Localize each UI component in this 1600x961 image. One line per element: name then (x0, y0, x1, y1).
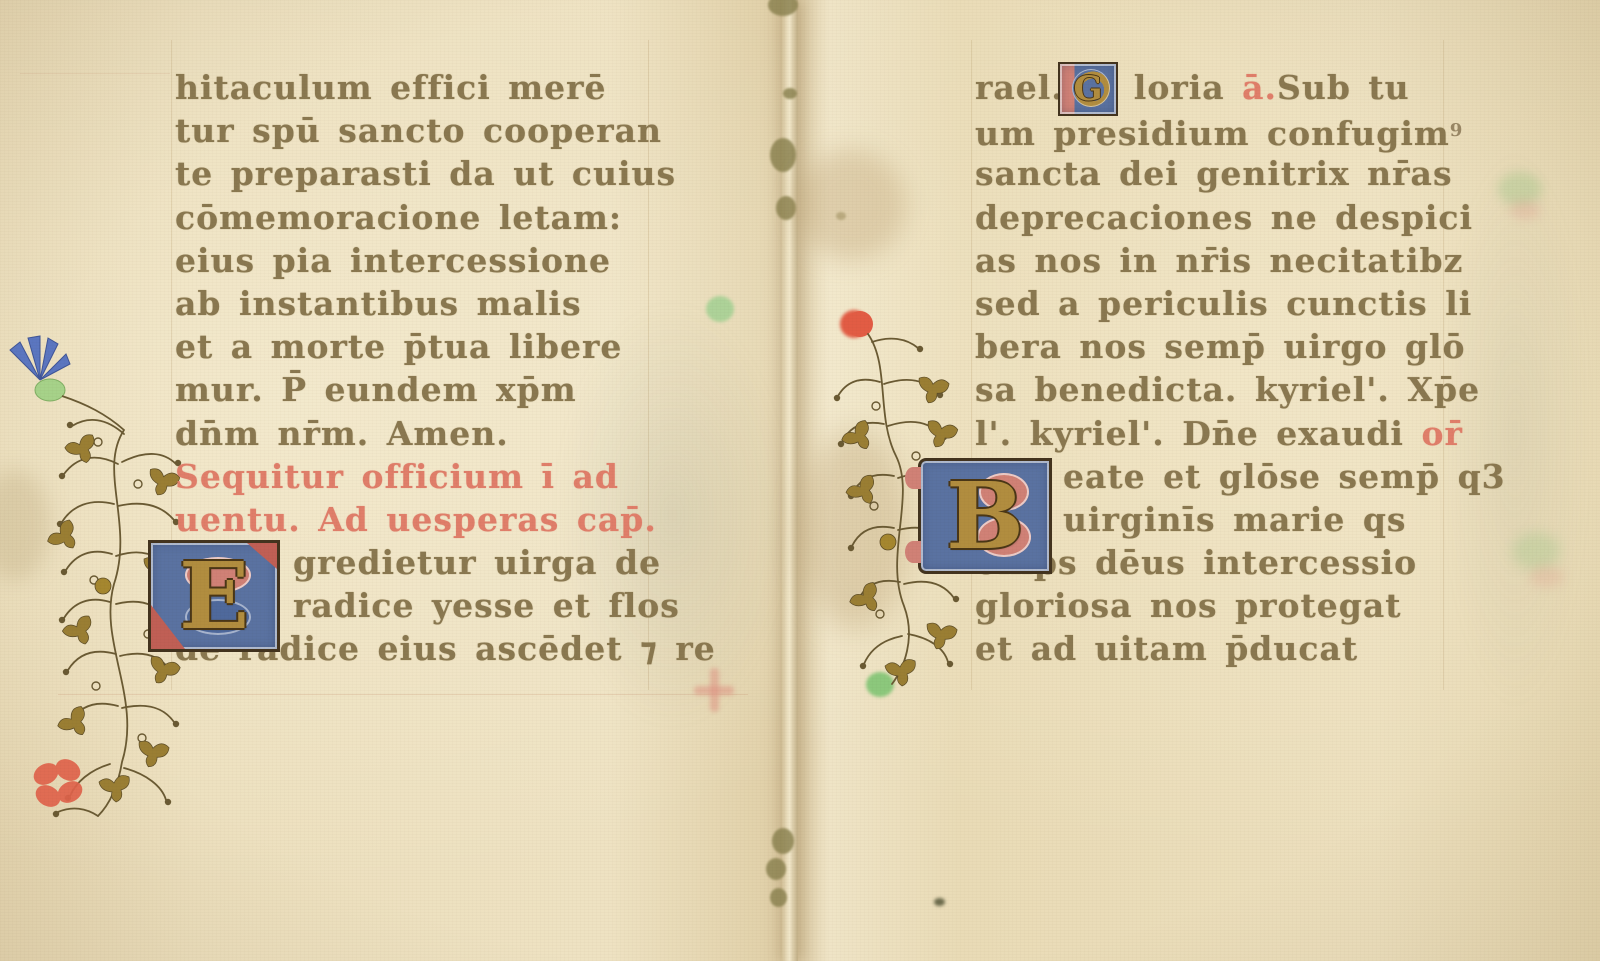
text-line: sa benedicta. kyriel'. Xp̄e (975, 368, 1445, 411)
body-text: loria (1134, 68, 1242, 107)
text-line: dn̄m nr̄m. Amen. (175, 412, 657, 455)
text-line: te preparasti da ut cuius (175, 152, 657, 195)
body-text: l'. kyriel'. Dn̄e exaudi (975, 414, 1421, 453)
fold-stain (766, 858, 786, 880)
initial-letter: B (921, 461, 1049, 571)
body-text: sa benedicta. kyriel'. Xp̄e (975, 370, 1480, 409)
text-line: as nos in nr̄is necitatibz (975, 239, 1445, 282)
body-text: cōmemoracione letam: (175, 198, 622, 237)
rubric-text: Sequitur officium ī ad (175, 457, 619, 496)
text-line: et ad uitam p̄ducat (975, 627, 1445, 670)
body-text: mur. P̄ eundem xp̄m (175, 370, 577, 409)
text-line: deprecaciones ne despici (975, 196, 1445, 239)
illuminated-initial-g: G (1058, 62, 1118, 116)
text-line: bera nos semp̄ uirgo glō (975, 325, 1445, 368)
body-text: um presidium confugim (975, 114, 1450, 153)
text-line: sancta dei genitrix nr̄as (975, 152, 1445, 195)
body-text: gredietur uirga de (293, 543, 661, 582)
gold-bud (95, 578, 111, 594)
ruling-line (20, 73, 170, 74)
right-text-block: rael.loria ā.Sub tuum presidium confugim… (975, 66, 1445, 671)
speck (934, 898, 945, 906)
text-line: Sequitur officium ī ad (175, 455, 657, 498)
body-text: deprecaciones ne despici (975, 198, 1473, 237)
text-line: cōmemoracione letam: (175, 196, 657, 239)
gold-bud (880, 534, 896, 550)
text-line: eius pia intercessione (175, 239, 657, 282)
text-line: ab instantibus malis (175, 282, 657, 325)
panel-notch (905, 541, 921, 563)
fold-stain (770, 888, 787, 907)
initial-letter: G (1060, 64, 1116, 114)
green-ghost (1512, 532, 1560, 570)
green-dot (706, 296, 734, 322)
body-text: sed a periculis cunctis li (975, 284, 1472, 323)
pink-cross-mark (694, 668, 734, 712)
rubric-text: ā. (1242, 68, 1277, 107)
gutter-stain (796, 150, 906, 260)
text-line: uentu. Ad uesperas cap̄. (175, 498, 657, 541)
body-text: eate et glōse semp̄ q3 (1063, 457, 1506, 496)
body-text: rael. (975, 68, 1064, 107)
text-line: mur. P̄ eundem xp̄m (175, 368, 657, 411)
body-text: et ad uitam p̄ducat (975, 629, 1358, 668)
fold-stain (836, 212, 846, 220)
fold-stain (772, 828, 794, 854)
pink-ghost (1530, 566, 1564, 588)
text-line: um presidium confugim9 (975, 109, 1445, 152)
pink-ghost (1510, 200, 1540, 220)
body-text: as nos in nr̄is necitatibz (975, 241, 1463, 280)
body-text: te preparasti da ut cuius (175, 154, 676, 193)
body-text: uirginīs marie qs (1063, 500, 1406, 539)
body-text: eius pia intercessione (175, 241, 611, 280)
body-text: ab instantibus malis (175, 284, 582, 323)
cornflower-ornament (10, 336, 124, 430)
illuminated-initial-b: B (918, 458, 1052, 574)
body-text: et a morte p̄tua libere (175, 327, 622, 366)
manuscript-photo: hitaculum effici merētur spū sancto coop… (0, 0, 1600, 961)
text-line: tur spū sancto cooperan (175, 109, 657, 152)
body-text: tur spū sancto cooperan (175, 111, 662, 150)
body-text: sancta dei genitrix nr̄as (975, 154, 1453, 193)
text-line: rael.loria ā.Sub tu (975, 66, 1445, 109)
body-text: Sub tu (1277, 68, 1410, 107)
initial-letter: E (151, 543, 277, 649)
panel-notch (905, 467, 921, 489)
body-text: radice yesse et flos (293, 586, 680, 625)
body-text: gloriosa nos protegat (975, 586, 1401, 625)
text-line: sed a periculis cunctis li (975, 282, 1445, 325)
red-flower-ornament (847, 311, 873, 337)
illuminated-initial-e: E (148, 540, 280, 652)
fold-stain (770, 138, 796, 172)
text-line: hitaculum effici merē (175, 66, 657, 109)
body-text: bera nos semp̄ uirgo glō (975, 327, 1466, 366)
text-line: l'. kyriel'. Dn̄e exaudi or̄ (975, 412, 1445, 455)
body-text: hitaculum effici merē (175, 68, 607, 107)
red-flower-ornament (30, 755, 87, 811)
fold-stain (783, 88, 797, 99)
rubric-text: uentu. Ad uesperas cap̄. (175, 500, 657, 539)
body-text: 9 (1450, 120, 1464, 141)
text-line: gloriosa nos protegat (975, 584, 1445, 627)
rubric-text: or̄ (1421, 414, 1462, 453)
fold-stain (776, 196, 796, 220)
text-line: et a morte p̄tua libere (175, 325, 657, 368)
body-text: dn̄m nr̄m. Amen. (175, 414, 509, 453)
